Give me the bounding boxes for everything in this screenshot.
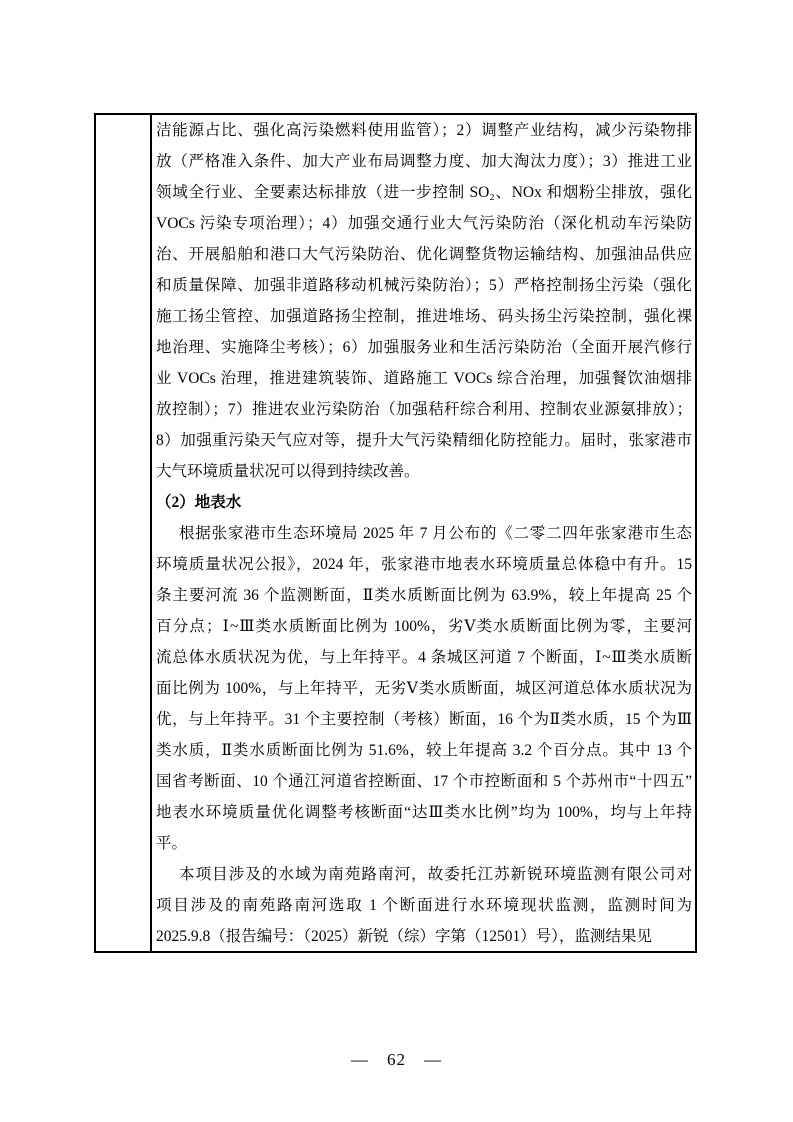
paragraph-project-monitoring: 本项目涉及的水域为南苑路南河，故委托江苏新锐环境监测有限公司对项目涉及的南苑路南… [156,859,692,951]
text-line: 类水质，Ⅱ类水质断面比例为 51.6%，较上年提高 3.2 个百分点。其中 13… [156,735,692,766]
text-line: 项目涉及的南苑路南河选取 1 个断面进行水环境现状监测，监测时间为 [156,890,692,921]
paragraph-air-pollution-measures: 洁能源占比、强化高污染燃料使用监管）；2）调整产业结构，减少污染物排放（严格准入… [156,115,692,487]
text-line: 本项目涉及的水域为南苑路南河，故委托江苏新锐环境监测有限公司对 [156,859,692,890]
paragraph-surface-water-quality: 根据张家港市生态环境局 2025 年 7 月公布的《二零二四年张家港市生态环境质… [156,518,692,859]
text-line: 大气环境质量状况可以得到持续改善。 [156,456,692,487]
text-line: 环境质量状况公报》，2024 年，张家港市地表水环境质量总体稳中有升。15 [156,549,692,580]
section-heading-surface-water: （2）地表水 [156,487,692,518]
text-line: 2025.9.8（报告编号：（2025）新锐（综）字第（12501）号），监测结… [156,921,692,951]
table-content-cell: 洁能源占比、强化高污染燃料使用监管）；2）调整产业结构，减少污染物排放（严格准入… [152,115,695,951]
content-table: 洁能源占比、强化高污染燃料使用监管）；2）调整产业结构，减少污染物排放（严格准入… [94,113,697,953]
text-line: 百分点；Ⅰ~Ⅲ类水质断面比例为 100%，劣Ⅴ类水质断面比例为零，主要河 [156,611,692,642]
text-line: 平。 [156,828,692,859]
text-line: 放控制）；7）推进农业污染防治（加强秸秆综合利用、控制农业源氨排放）； [156,394,692,425]
text-line: 优，与上年持平。31 个主要控制（考核）断面，16 个为Ⅱ类水质，15 个为Ⅲ [156,704,692,735]
text-line: 业 VOCs 治理，推进建筑装饰、道路施工 VOCs 综合治理，加强餐饮油烟排 [156,363,692,394]
text-line: 施工扬尘管控、加强道路扬尘控制，推进堆场、码头扬尘污染控制，强化裸 [156,301,692,332]
text-line: VOCs 污染专项治理）；4）加强交通行业大气污染防治（深化机动车污染防 [156,208,692,239]
text-line: 治、开展船舶和港口大气污染防治、优化调整货物运输结构、加强油品供应 [156,239,692,270]
text-line: 条主要河流 36 个监测断面，Ⅱ类水质断面比例为 63.9%，较上年提高 25 … [156,580,692,611]
text-line: 地治理、实施降尘考核）；6）加强服务业和生活污染防治（全面开展汽修行 [156,332,692,363]
text-line: 国省考断面、10 个通江河道省控断面、17 个市控断面和 5 个苏州市“十四五” [156,766,692,797]
text-line: 8）加强重污染天气应对等，提升大气污染精细化防控能力。届时，张家港市 [156,425,692,456]
text-line: 洁能源占比、强化高污染燃料使用监管）；2）调整产业结构，减少污染物排 [156,115,692,146]
text-line: 放（严格准入条件、加大产业布局调整力度、加大淘汰力度）；3）推进工业 [156,146,692,177]
text-line: 领域全行业、全要素达标排放（进一步控制 SO₂、NOx 和烟粉尘排放，强化 [156,177,692,208]
text-line: 根据张家港市生态环境局 2025 年 7 月公布的《二零二四年张家港市生态 [156,518,692,549]
text-line: 面比例为 100%，与上年持平，无劣Ⅴ类水质断面，城区河道总体水质状况为 [156,673,692,704]
page-number: — 62 — [0,1048,793,1072]
document-page: 洁能源占比、强化高污染燃料使用监管）；2）调整产业结构，减少污染物排放（严格准入… [0,0,793,1122]
text-line: 地表水环境质量优化调整考核断面“达Ⅲ类水比例”均为 100%，均与上年持 [156,797,692,828]
table-left-column [96,115,152,951]
text-line: 和质量保障、加强非道路移动机械污染防治）；5）严格控制扬尘污染（强化 [156,270,692,301]
text-line: 流总体水质状况为优，与上年持平。4 条城区河道 7 个断面，Ⅰ~Ⅲ类水质断 [156,642,692,673]
